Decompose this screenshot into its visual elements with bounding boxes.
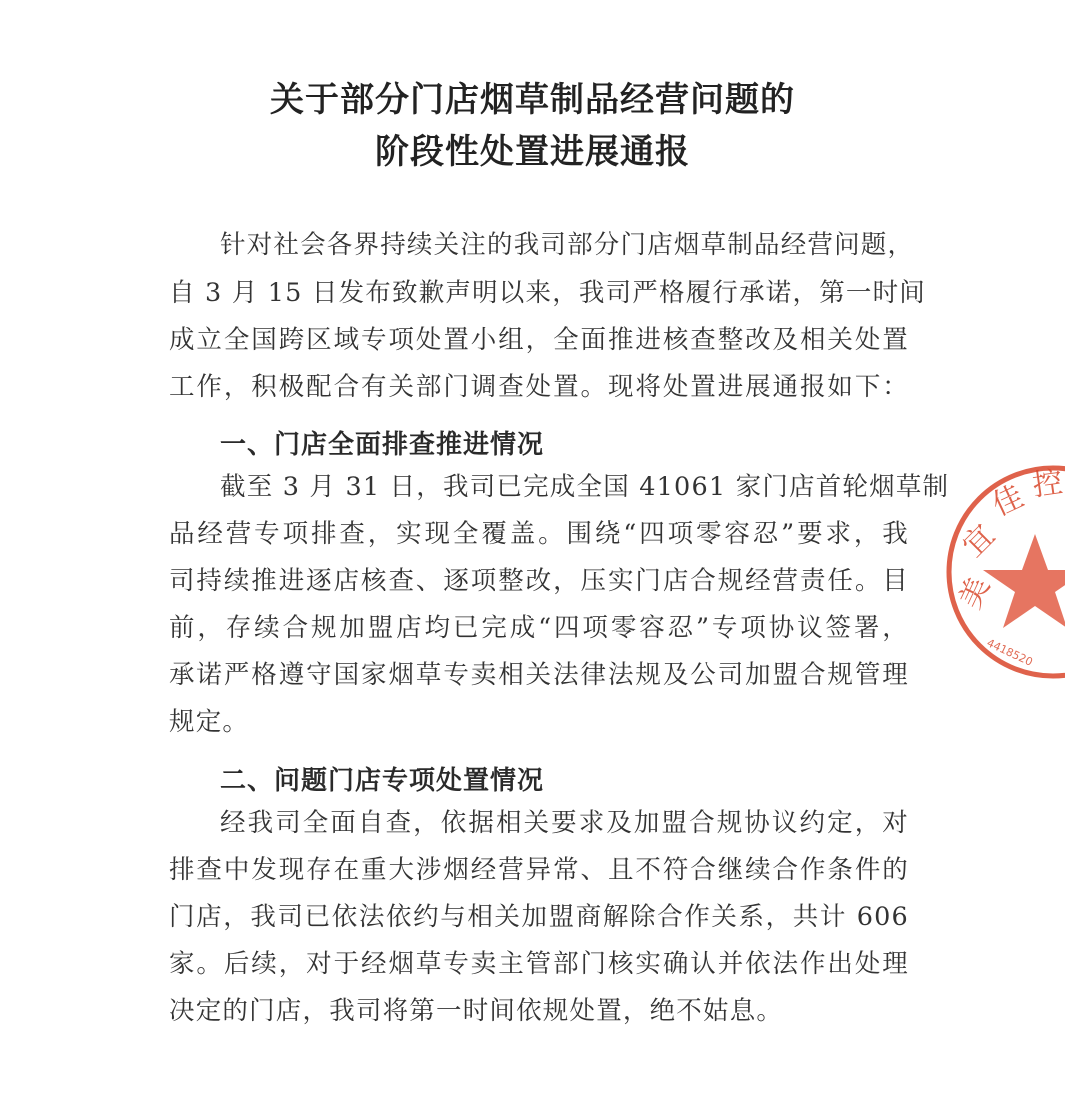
intro-line: 针对社会各界持续关注的我司部分门店烟草制品经营问题，: [220, 230, 960, 260]
document-title-line-2: 阶段性处置进展通报: [0, 124, 1065, 173]
section-2-line: 经我司全面自查，依据相关要求及加盟合规协议约定，对: [220, 808, 909, 838]
section-1-line: 司持续推进逐店核查、逐项整改，压实门店合规经营责任。目: [169, 566, 909, 596]
intro-line: 工作，积极配合有关部门调查处置。现将处置进展通报如下：: [169, 372, 909, 402]
section-2-heading: 二、问题门店专项处置情况: [220, 760, 544, 797]
section-1-line: 承诺严格遵守国家烟草专卖相关法律法规及公司加盟合规管理: [169, 660, 909, 690]
intro-line: 自 3 月 15 日发布致歉声明以来，我司严格履行承诺，第一时间: [169, 278, 909, 308]
section-1-line: 截至 3 月 31 日，我司已完成全国 41061 家门店首轮烟草制: [220, 472, 909, 502]
section-2-line: 排查中发现存在重大涉烟经营异常、且不符合继续合作条件的: [169, 855, 909, 885]
section-2-line: 门店，我司已依法依约与相关加盟商解除合作关系，共计 606: [169, 902, 909, 932]
section-2-line: 家。后续，对于经烟草专卖主管部门核实确认并依法作出处理: [169, 949, 909, 979]
document-title-line-1: 关于部分门店烟草制品经营问题的: [0, 72, 1065, 121]
svg-text:美: 美: [953, 572, 997, 614]
section-1-line: 规定。: [169, 707, 909, 737]
section-1-line: 前，存续合规加盟店均已完成“四项零容忍”专项协议签署，: [169, 613, 909, 643]
company-seal-stamp: 美 宜 佳 控 4418520: [945, 462, 1065, 682]
section-1-heading: 一、门店全面排查推进情况: [220, 424, 544, 461]
svg-text:控: 控: [1030, 465, 1065, 504]
section-1-line: 品经营专项排查，实现全覆盖。围绕“四项零容忍”要求，我: [169, 519, 909, 549]
intro-line: 成立全国跨区域专项处置小组，全面推进核查整改及相关处置: [169, 325, 909, 355]
section-2-line: 决定的门店，我司将第一时间依规处置，绝不姑息。: [169, 996, 909, 1026]
